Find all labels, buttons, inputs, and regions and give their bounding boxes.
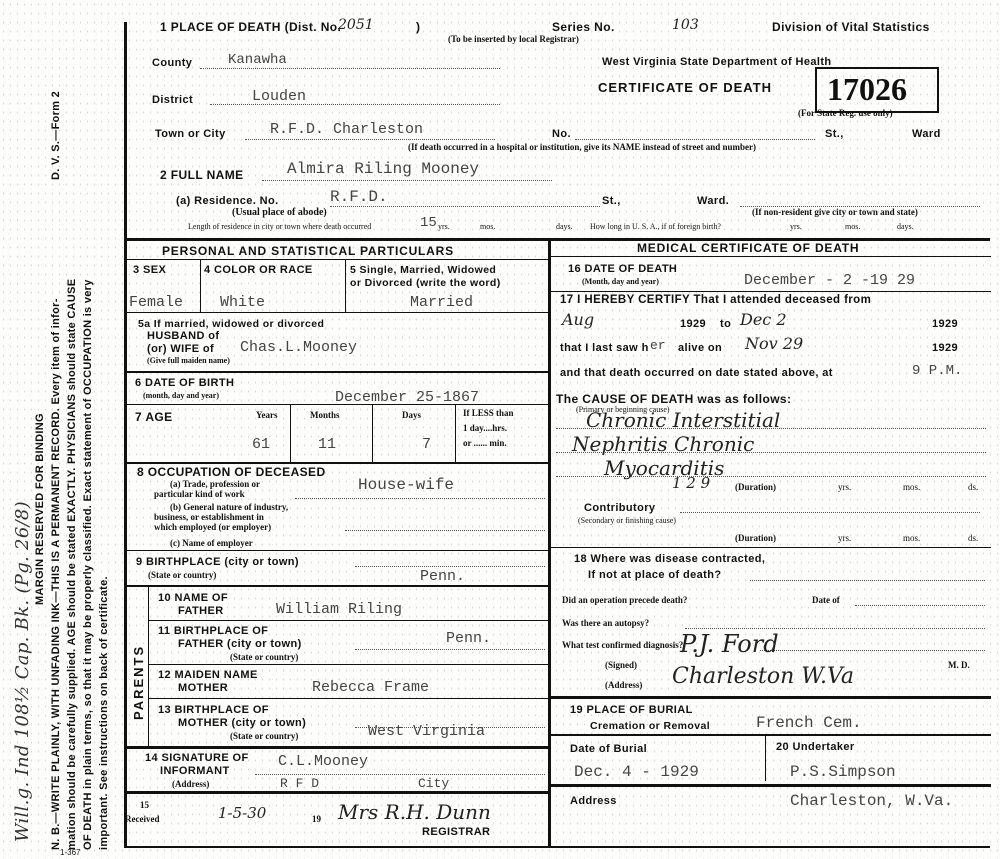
dob-sub: (month, day and year) [143,391,219,400]
district-label: District [152,94,193,106]
received-label: Received [125,814,159,824]
father-name: William Riling [276,601,402,618]
birthplace-value: Penn. [420,568,465,585]
attended-to: Dec 2 [740,310,787,329]
margin-notice-line5: important. See instructions on back of c… [98,576,110,850]
county-label: County [152,57,192,69]
informant-city: City [418,776,449,791]
margin-handwritten: Will.g. Ind 108½ Cap. Bk. (Pg. 26/8) [12,501,33,842]
burial-place-value: French Cem. [756,714,862,732]
spouse-value: Chas.L.Mooney [240,339,357,356]
personal-section-title: PERSONAL AND STATISTICAL PARTICULARS [162,244,454,258]
age-months-value: 11 [318,436,336,453]
frame-left [124,22,127,847]
margin-notice-line4: OF DEATH in plain terms, so that it may … [82,279,94,850]
certificate-number-box: 17026 [815,67,939,113]
undertaker-label: 20 Undertaker [776,741,855,753]
mother-name: Rebecca Frame [312,679,429,696]
age-years-label: Years [256,410,278,420]
length-label: Length of residence in city or town wher… [188,222,371,231]
informant-address: R F D [280,776,319,791]
margin-notice-line2: N. B.—WRITE PLAINLY, WITH UNFADING INK—T… [50,298,62,850]
age-days-value: 7 [422,436,431,453]
section-divider [124,238,990,241]
mother-birthplace: West Virginia [368,723,485,740]
county-value: Kanawha [228,52,287,68]
length-years: 15 [420,215,437,231]
frame-middle [548,238,551,848]
ward-label: Ward [912,128,941,140]
cause-line-2: Nephritis Chronic [572,432,754,456]
division-title: Division of Vital Statistics [772,20,930,34]
margin-reserved: MARGIN RESERVED FOR BINDING [34,413,46,605]
full-name-value: Almira Riling Mooney [287,160,479,178]
certify-label: 17 I HEREBY CERTIFY That I attended dece… [560,294,871,306]
residence-label: (a) Residence. No. [176,195,279,207]
undertaker-value: P.S.Simpson [790,763,896,781]
sex-label: 3 SEX [133,264,166,276]
spouse-label-3: (or) WIFE of [147,343,214,355]
medical-section-title: MEDICAL CERTIFICATE OF DEATH [637,241,859,255]
dod-value: December - 2 -19 29 [744,272,915,289]
spouse-label-4: (Give full maiden name) [147,356,230,365]
town-label: Town or City [155,128,226,140]
residence-st: St., [602,195,621,207]
no-label: No. [552,128,571,140]
burial-date-value: Dec. 4 - 1929 [574,763,699,781]
age-months-label: Months [310,410,340,420]
dist-no: 2051 [338,17,374,33]
series-no: 103 [672,17,699,33]
abode-note: (Usual place of abode) [232,207,327,218]
dist-note: (To be inserted by local Registrar) [448,34,579,44]
received-date: 1-5-30 [218,804,266,822]
last-saw-date: Nov 29 [745,334,803,353]
registrar-signature: Mrs R.H. Dunn [338,800,491,824]
district-value: Louden [252,88,306,105]
department-title: West Virginia State Department of Health [602,56,832,68]
registrar-label: REGISTRAR [422,826,490,838]
usa-label: How long in U. S. A., if of foreign birt… [590,222,721,231]
dob-label: 6 DATE OF BIRTH [135,377,234,389]
undertaker-address-label: Address [570,795,617,807]
hospital-note: (If death occurred in a hospital or inst… [408,142,756,152]
burial-place-label: 19 PLACE OF BURIAL [570,704,693,716]
residence-value: R.F.D. [330,188,388,206]
race-value: White [220,294,265,311]
age-years-value: 61 [252,436,270,453]
town-value: R.F.D. Charleston [270,121,423,138]
undertaker-address-value: Charleston, W.Va. [790,792,953,810]
cause-line-1: Chronic Interstitial [586,408,780,432]
death-time: 9 P.M. [912,363,962,379]
margin-form-id: D. V. S.—Form 2 [50,91,62,180]
cause-duration: 1 2 9 [672,474,710,492]
dist-close: ) [416,20,420,34]
spouse-label-2: HUSBAND of [147,330,219,342]
place-of-death-label: 1 PLACE OF DEATH (Dist. No. [160,20,341,34]
burial-date-label: Date of Burial [570,743,647,755]
sex-value: Female [129,294,183,311]
st-label: St., [825,128,844,140]
occupation-label: 8 OCCUPATION OF DECEASED [137,465,326,479]
frame-bottom [124,846,990,848]
certificate-number: 17026 [827,71,907,108]
father-birthplace: Penn. [446,630,491,647]
informant-name: C.L.Mooney [278,753,368,770]
spouse-label-1: 5a If married, widowed or divorced [138,318,324,330]
race-label: 4 COLOR OR RACE [204,264,313,276]
occupation-value: House-wife [358,476,454,494]
bottom-code: 1-367 [60,848,80,857]
cert-number-note: (For State Reg. use only) [798,108,893,118]
age-label: 7 AGE [135,410,173,424]
residence-ward: Ward. [697,195,729,207]
attended-from: Aug [562,310,594,329]
contributory-label: Contributory [584,502,655,514]
certificate-title: CERTIFICATE OF DEATH [598,80,772,95]
nonresident-note: (If non-resident give city or town and s… [752,207,918,217]
dod-label: 16 DATE OF DEATH [568,263,677,275]
margin-notice-line3: mation should be carefully supplied. AGE… [66,279,78,850]
cause-label: The CAUSE OF DEATH was as follows: [556,392,791,406]
marital-label-2: or Divorced (write the word) [350,277,501,289]
parents-label: PARENTS [131,645,146,720]
physician-address: Charleston W.Va [672,664,854,689]
physician-signature: P.J. Ford [680,630,779,658]
age-days-label: Days [402,410,421,420]
birthplace-label: 9 BIRTHPLACE (city or town) [136,556,299,568]
series-label: Series No. [552,20,615,34]
full-name-label: 2 FULL NAME [160,168,244,182]
marital-label-1: 5 Single, Married, Widowed [350,264,496,276]
marital-value: Married [410,294,473,311]
